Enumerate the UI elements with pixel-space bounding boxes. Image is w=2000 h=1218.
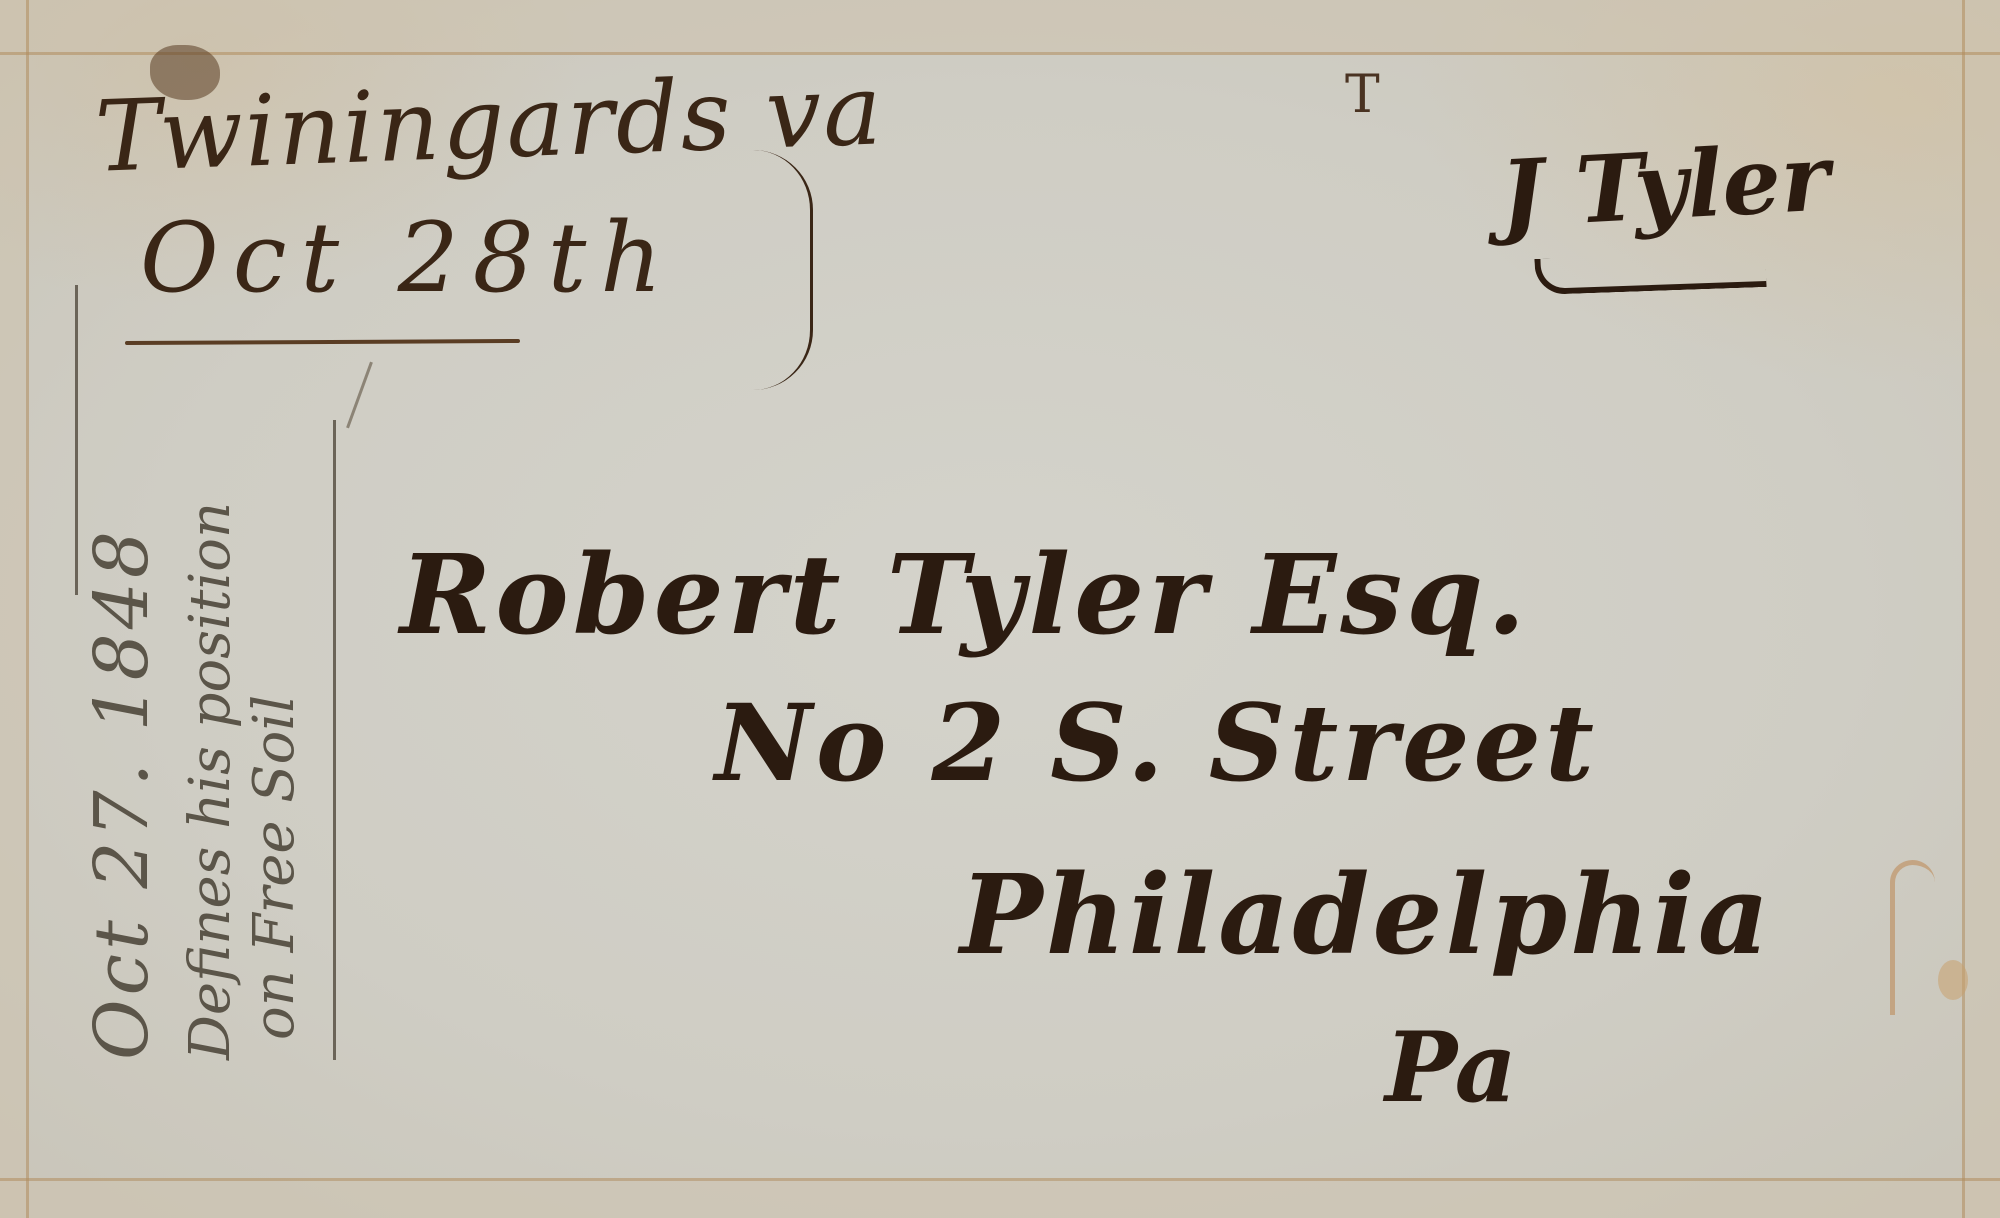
stain-spot xyxy=(1938,960,1968,1000)
docket-rule-right xyxy=(333,420,336,1060)
docket-summary-line2: on Free Soil xyxy=(243,502,307,1040)
top-flap-edge xyxy=(0,0,2000,52)
top-fold-line xyxy=(0,52,2000,55)
pencil-tick-mark xyxy=(346,362,373,429)
frank-mark: T xyxy=(1345,65,1380,125)
frank-signature: J Tyler xyxy=(1498,131,1832,240)
pencil-docket: Oct 27. 1848 Defines his position on Fre… xyxy=(80,502,308,1060)
left-fold-line xyxy=(26,0,29,1218)
right-flap-edge xyxy=(1965,0,2000,1218)
docket-rule-left xyxy=(75,285,78,595)
dateline-bracket xyxy=(730,150,813,390)
envelope: Twiningards va Oct 28th T J Tyler Oct 27… xyxy=(0,0,2000,1218)
left-flap-edge xyxy=(0,0,26,1218)
address-street: No 2 S. Street xyxy=(715,690,1598,796)
addressee-name: Robert Tyler Esq. xyxy=(400,540,1529,650)
address-state: Pa xyxy=(1385,1020,1517,1116)
right-fold-line xyxy=(1962,0,1965,1218)
bottom-fold-line xyxy=(0,1178,2000,1181)
docket-summary-line1: Defines his position xyxy=(179,502,243,1060)
signature-flourish xyxy=(1534,251,1766,295)
address-city: Philadelphia xyxy=(960,860,1772,970)
bottom-flap-edge xyxy=(0,1181,2000,1218)
docket-date: Oct 27. 1848 xyxy=(80,502,165,1060)
dateline-underline xyxy=(125,339,520,345)
dateline-date: Oct 28th xyxy=(140,210,676,306)
stain-mark xyxy=(1890,860,1935,1015)
